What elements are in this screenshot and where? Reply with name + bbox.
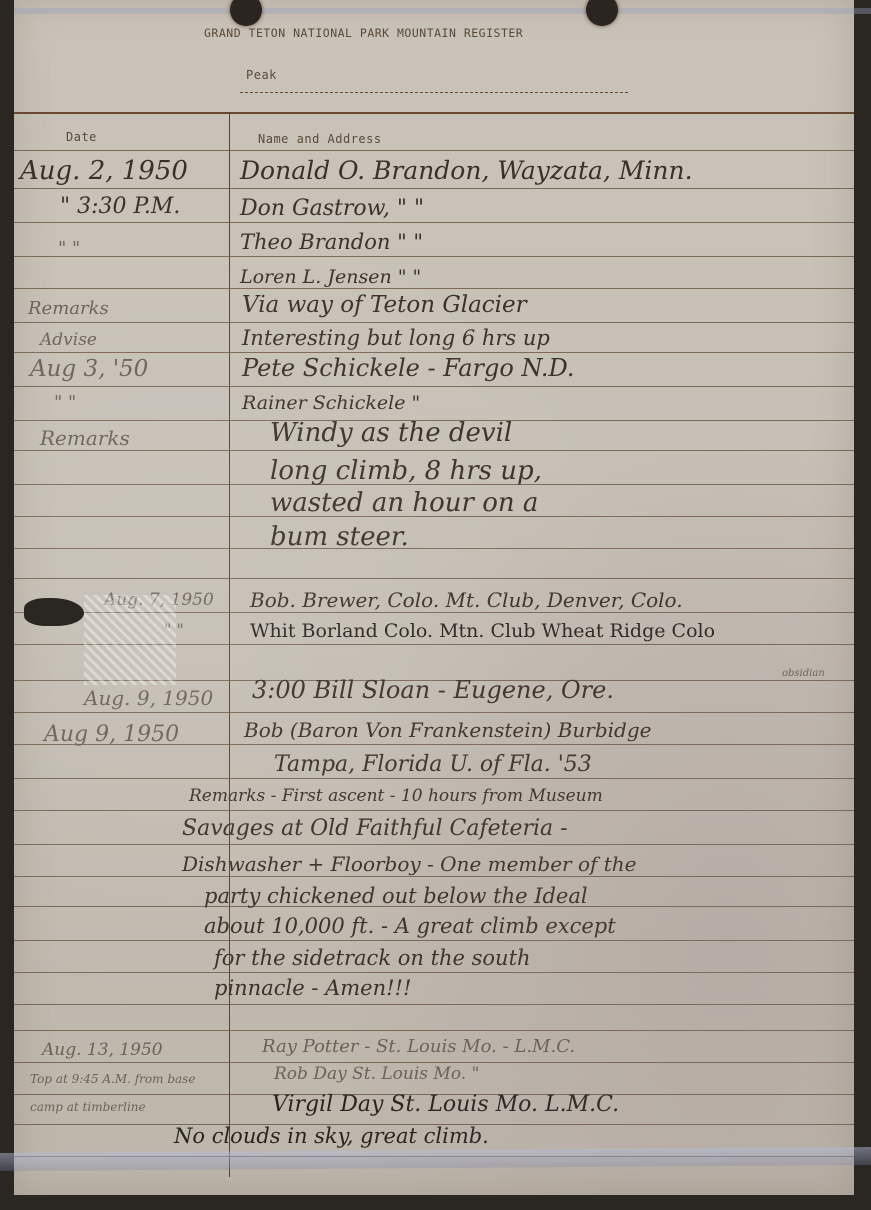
entry-text: Savages at Old Faithful Cafeteria - — [182, 816, 568, 841]
ruled-line — [14, 578, 854, 579]
ruled-line — [14, 450, 854, 451]
ruled-line — [14, 972, 854, 973]
entry-text: Ray Potter - St. Louis Mo. - L.M.C. — [262, 1036, 575, 1057]
entry-text: Virgil Day St. Louis Mo. L.M.C. — [272, 1092, 619, 1117]
entry-text: Loren L. Jensen " " — [240, 266, 421, 288]
entry-text: Dishwasher + Floorboy - One member of th… — [182, 852, 637, 876]
entry-date: camp at timberline — [30, 1100, 146, 1114]
entry-text: party chickened out below the Ideal — [204, 884, 588, 908]
name-address-column-header: Name and Address — [258, 132, 382, 146]
entry-text: Bob (Baron Von Frankenstein) Burbidge — [244, 718, 651, 742]
entry-date: Aug. 13, 1950 — [42, 1040, 163, 1060]
entry-text: Whit Borland Colo. Mtn. Club Wheat Ridge… — [250, 620, 715, 642]
entry-text: Donald O. Brandon, Wayzata, Minn. — [240, 156, 693, 185]
entry-date: Remarks — [40, 426, 130, 450]
torn-hole — [24, 598, 84, 626]
ruled-line — [14, 548, 854, 549]
entry-note: obsidian — [782, 668, 825, 679]
entry-text: bum steer. — [270, 522, 409, 552]
entry-text: Remarks - First ascent - 10 hours from M… — [189, 786, 603, 806]
entry-text: pinnacle - Amen!!! — [214, 976, 411, 1000]
entry-date: Top at 9:45 A.M. from base — [30, 1072, 195, 1086]
entry-text: Tampa, Florida U. of Fla. '53 — [274, 752, 592, 777]
entry-text: 3:00 Bill Sloan - Eugene, Ore. — [252, 676, 614, 704]
entry-text: Pete Schickele - Fargo N.D. — [242, 354, 575, 382]
entry-text: Rainer Schickele " — [242, 392, 420, 414]
ruled-line — [14, 810, 854, 811]
binder-hole-right — [586, 0, 618, 26]
ruled-line — [14, 222, 854, 223]
entry-text: Via way of Teton Glacier — [242, 292, 527, 318]
ruled-line — [14, 844, 854, 845]
entry-text: Windy as the devil — [270, 418, 512, 448]
sleeve-edge-top — [14, 8, 871, 14]
entry-text: Interesting but long 6 hrs up — [242, 326, 550, 350]
entry-text: wasted an hour on a — [270, 488, 538, 518]
peak-field-line — [240, 92, 628, 93]
entry-date: Remarks — [28, 298, 109, 319]
entry-text: Rob Day St. Louis Mo. " — [274, 1064, 479, 1084]
register-title: GRAND TETON NATIONAL PARK MOUNTAIN REGIS… — [204, 26, 523, 40]
entry-text: for the sidetrack on the south — [214, 946, 531, 970]
ruled-line — [14, 352, 854, 353]
ruled-line — [14, 876, 854, 877]
ruled-line — [14, 288, 854, 289]
entry-text: Don Gastrow, " " — [240, 196, 424, 221]
date-column-header: Date — [66, 130, 97, 144]
ruled-line — [14, 1004, 854, 1005]
glare-reflection — [84, 595, 176, 685]
header-rule — [14, 112, 854, 114]
entry-date: " " — [58, 238, 80, 259]
entry-text: Bob. Brewer, Colo. Mt. Club, Denver, Col… — [250, 588, 683, 612]
ruled-line — [14, 1062, 854, 1063]
ruled-line — [14, 712, 854, 713]
ruled-line — [14, 256, 854, 257]
entry-text: No clouds in sky, great climb. — [174, 1124, 489, 1148]
entry-date: " " — [54, 392, 76, 413]
entry-date: " 3:30 P.M. — [60, 194, 180, 219]
entry-text: Theo Brandon " " — [240, 230, 423, 254]
entry-date: Advise — [40, 330, 97, 350]
ruled-line — [14, 1030, 854, 1031]
ruled-line — [14, 778, 854, 779]
binder-hole-left — [230, 0, 262, 26]
entry-text: about 10,000 ft. - A great climb except — [204, 914, 616, 938]
entry-date: Aug. 2, 1950 — [20, 156, 188, 186]
ruled-line — [14, 322, 854, 323]
ruled-line — [14, 188, 854, 189]
ruled-line — [14, 386, 854, 387]
entry-date: Aug. 9, 1950 — [84, 686, 213, 710]
entry-date: Aug 3, '50 — [30, 356, 148, 382]
entry-date: Aug 9, 1950 — [44, 722, 179, 747]
ruled-line — [14, 150, 854, 151]
entry-text: long climb, 8 hrs up, — [270, 456, 542, 486]
ruled-line — [14, 940, 854, 941]
peak-label: Peak — [246, 68, 277, 82]
